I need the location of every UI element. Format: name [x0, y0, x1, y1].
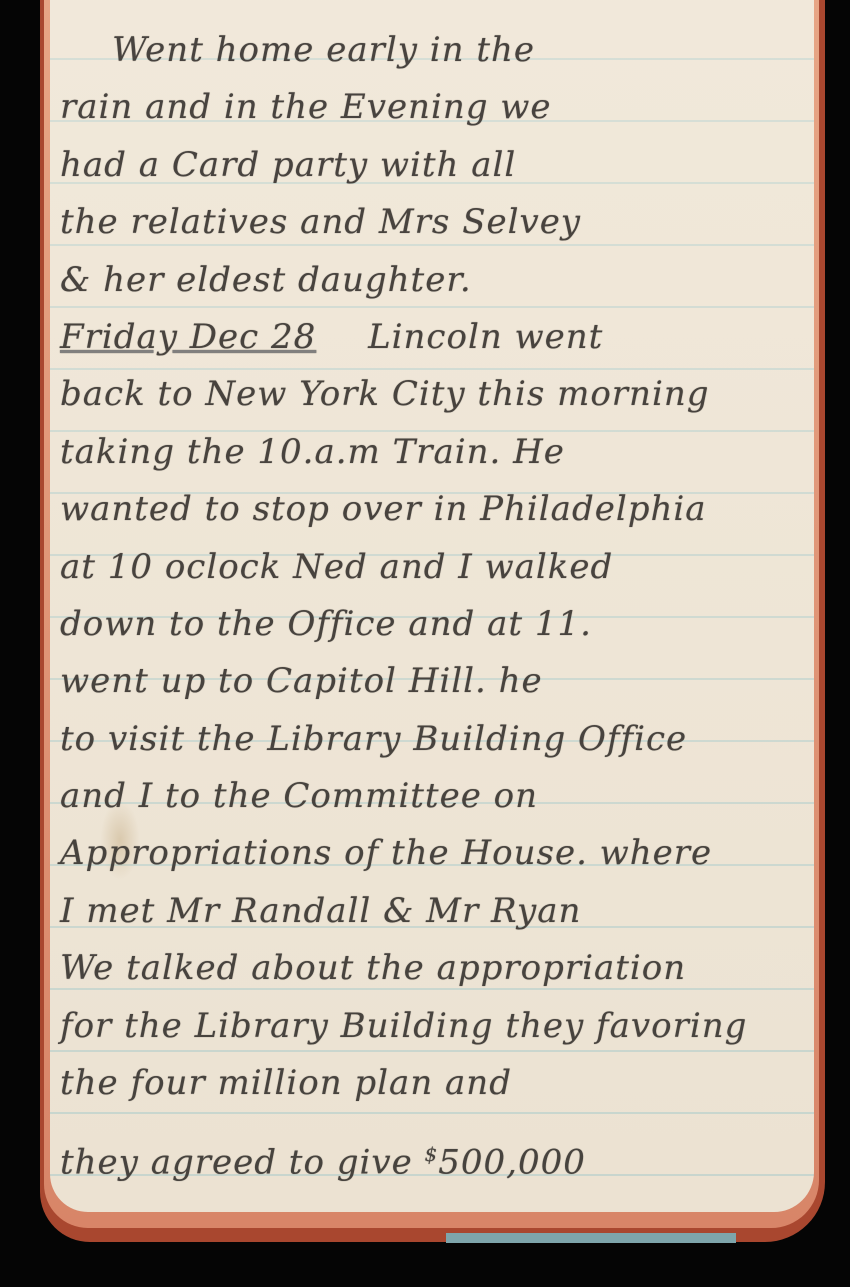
text-line: to visit the Library Building Office [60, 711, 804, 768]
text-line: rain and in the Evening we [60, 79, 804, 136]
handwritten-text: Went home early in the rain and in the E… [60, 22, 804, 1184]
bookmark-tab [446, 1233, 736, 1243]
text-line: Appropriations of the House. where [60, 825, 804, 882]
text-fragment: they agreed to give [60, 1143, 413, 1183]
text-line: down to the Office and at 11. [60, 596, 804, 653]
text-line: the four million plan and [60, 1055, 804, 1112]
text-line: I met Mr Randall & Mr Ryan [60, 883, 804, 940]
notebook-page: Went home early in the rain and in the E… [50, 0, 814, 1212]
text-line: for the Library Building they favoring [60, 998, 804, 1055]
text-line: the relatives and Mrs Selvey [60, 194, 804, 251]
text-line: We talked about the appropriation [60, 940, 804, 997]
text-line: & her eldest daughter. [60, 252, 804, 309]
text-line: and I to the Committee on [60, 768, 804, 825]
amount: 500,000 [438, 1143, 586, 1183]
text-line: wanted to stop over in Philadelphia [60, 481, 804, 538]
entry-date: Friday Dec 28 [60, 317, 316, 357]
text-line: they agreed to give $500,000 [60, 1126, 804, 1183]
text-line: had a Card party with all [60, 137, 804, 194]
text-line: at 10 oclock Ned and I walked [60, 539, 804, 596]
text-line: Friday Dec 28 Lincoln went [60, 309, 804, 366]
dollar-sign: $ [425, 1142, 439, 1166]
text-line: went up to Capitol Hill. he [60, 653, 804, 710]
text-line: taking the 10.a.m Train. He [60, 424, 804, 481]
text-line: back to New York City this morning [60, 366, 804, 423]
text-line: Went home early in the [60, 22, 804, 79]
text-fragment: Lincoln went [368, 317, 603, 357]
